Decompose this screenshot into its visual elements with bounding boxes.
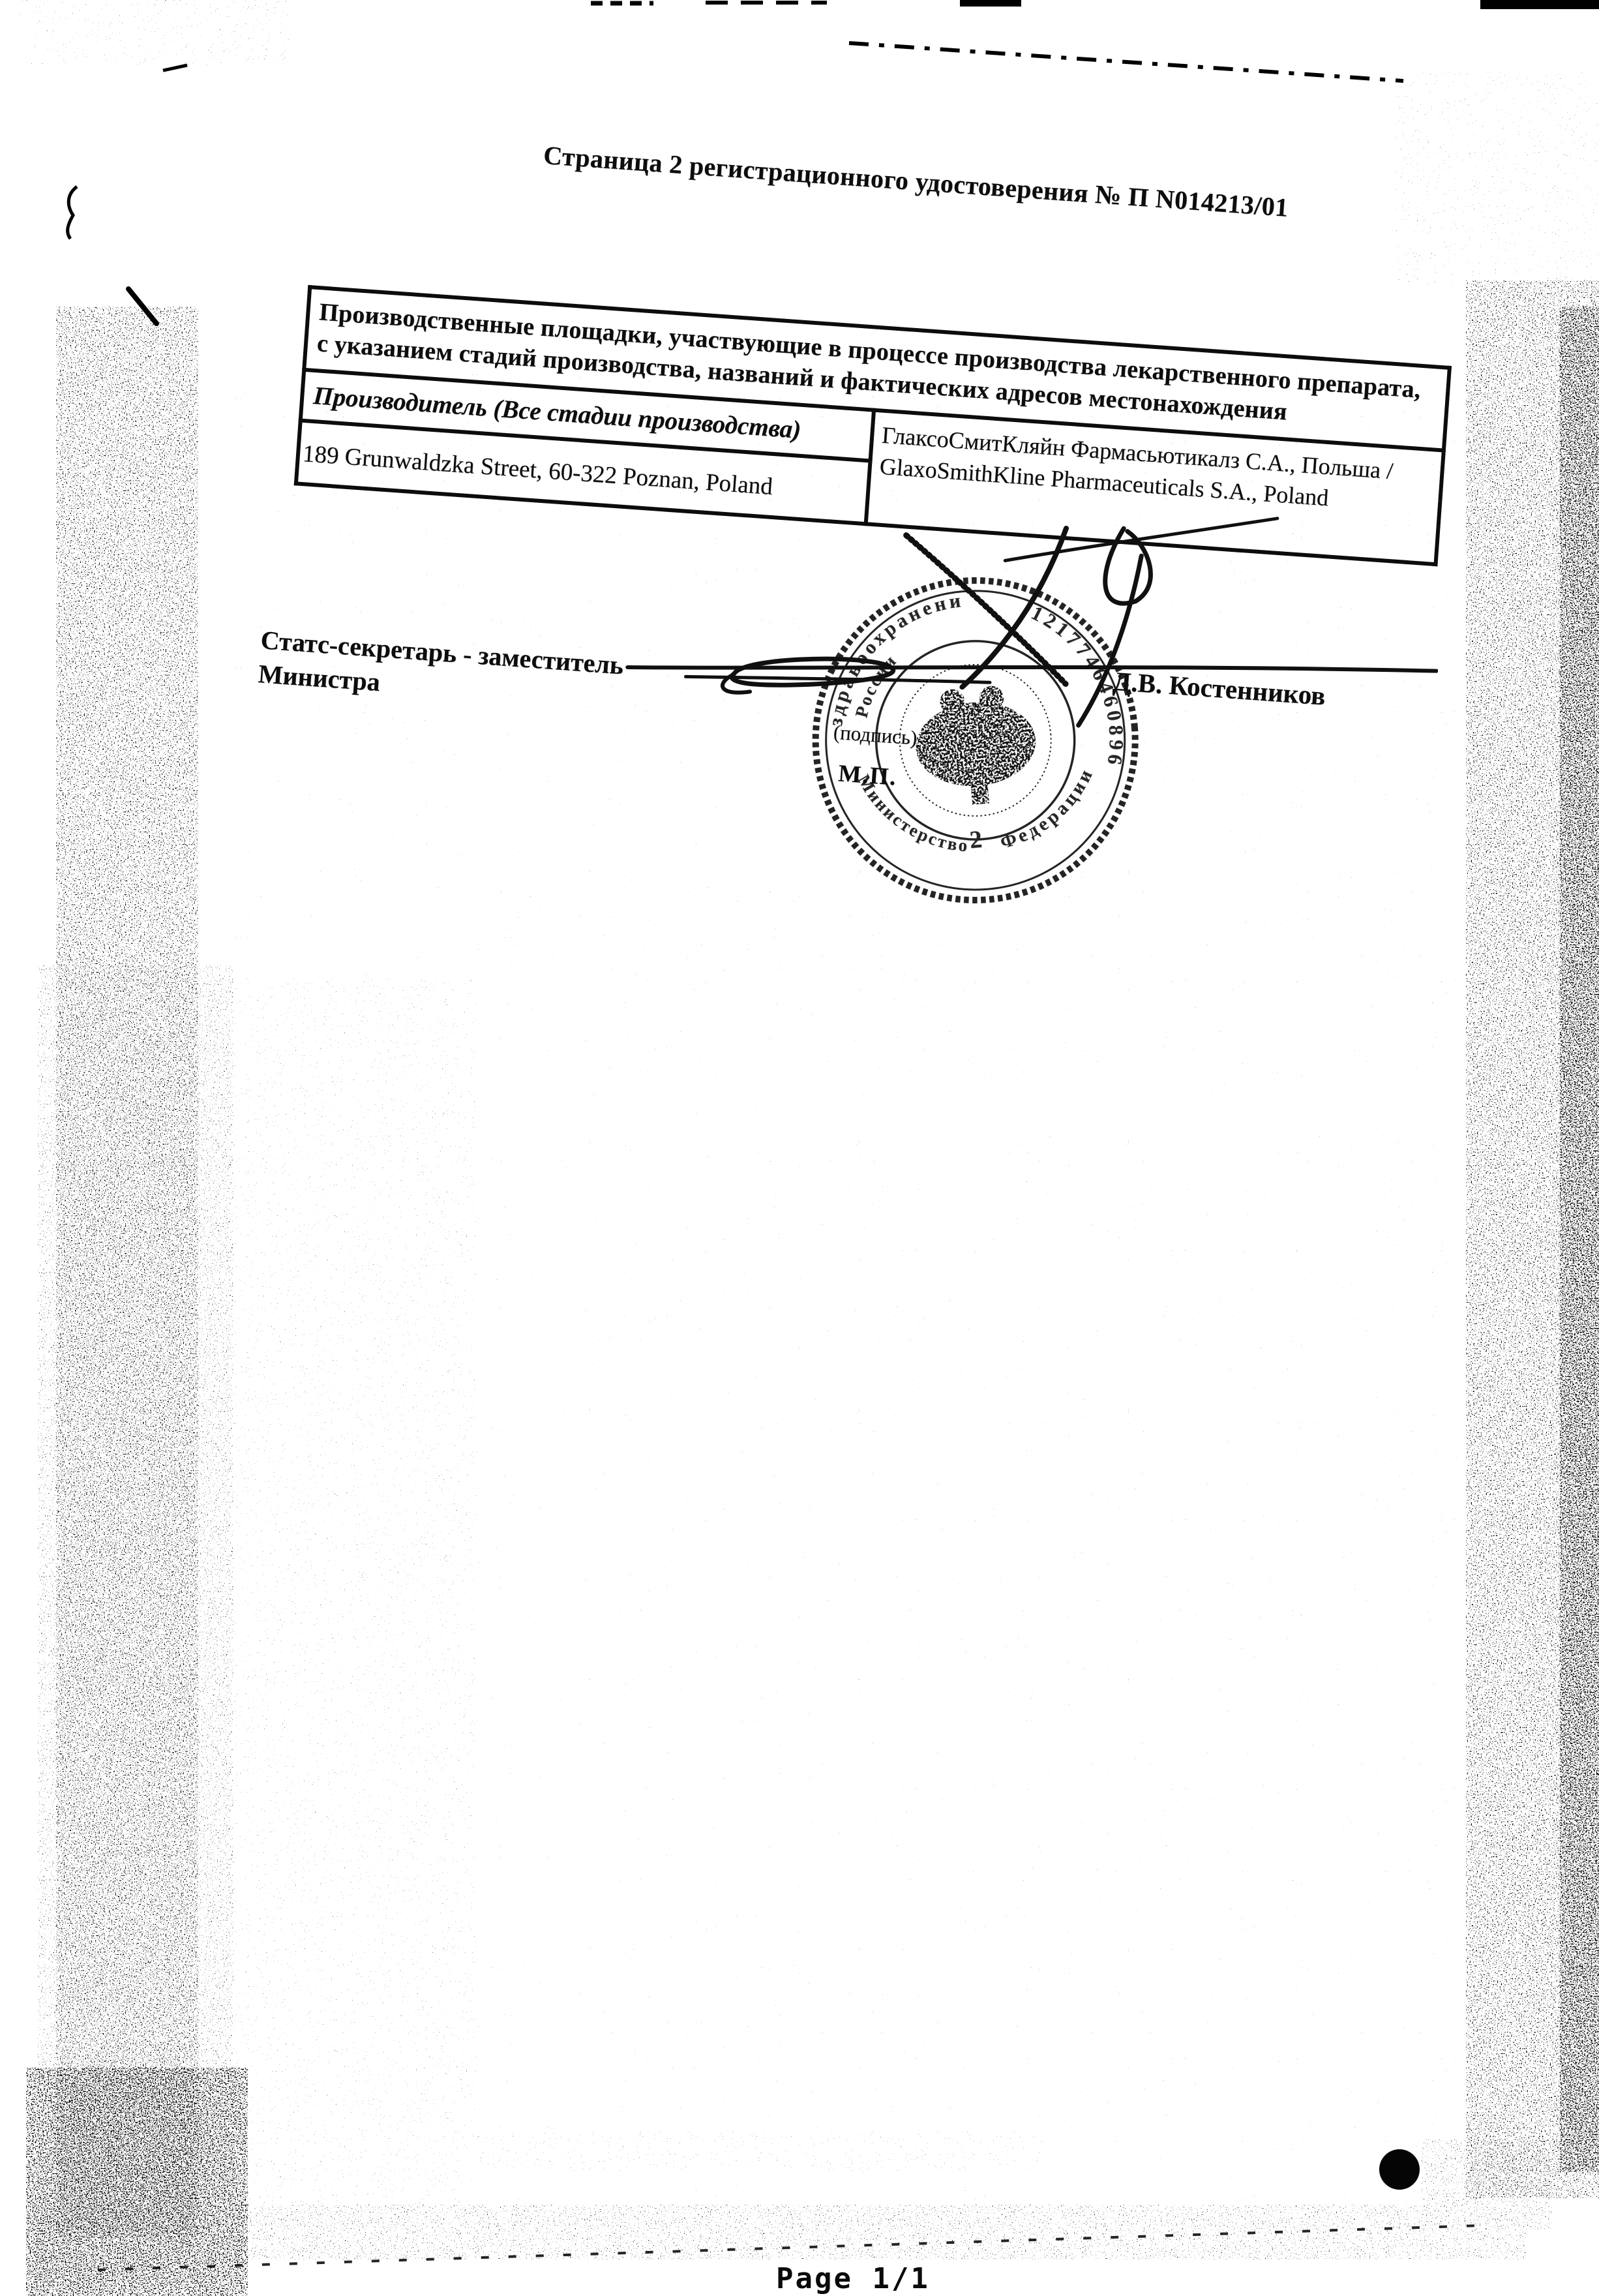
page-number-footer: Page 1/1 [776,2263,930,2295]
top-dash-line [849,43,1403,81]
punch-hole-dot [1379,2149,1420,2190]
seal-caption: М.П. [837,759,898,793]
corner-stamp-rosette [72,2034,195,2156]
signature-section: Статс-секретарь - заместитель Министра Д… [249,513,1443,999]
handwritten-signature [250,442,1448,980]
scanned-certificate-page: Страница 2 регистрационного удостоверени… [0,0,1599,2296]
